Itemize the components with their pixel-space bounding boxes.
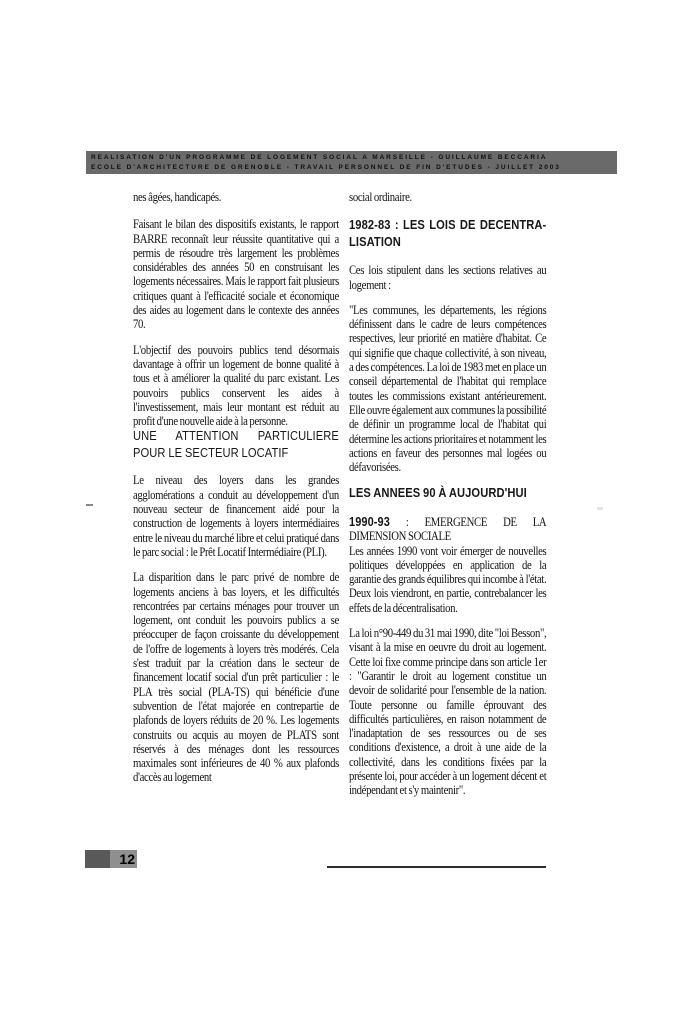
header-band: REALISATION D'UN PROGRAMME DE LOGEMENT S… [86,151,617,174]
paragraph: Les années 1990 vont voir émerger de nou… [349,544,546,615]
section-heading: LES ANNEES 90 À AUJOURD'HUI [349,485,546,502]
sub-heading: 1990-93 : EMERGENCE DE LA DIMENSION SOCI… [349,515,546,544]
paragraph: La loi n°90-449 du 31 mai 1990, dite "lo… [349,626,546,798]
section-heading: UNE ATTENTION PARTICULIERE POUR LE SECTE… [133,428,339,461]
sub-heading-years: 1990-93 [349,514,390,529]
paragraph: "Les communes, les départements, les rég… [349,303,546,475]
page-number-badge: 12 [85,850,137,868]
section-heading: 1982-83 : LES LOIS DE DECENTRA-LISATION [349,217,546,250]
header-subtitle-line: ECOLE D'ARCHITECTURE DE GRENOBLE - TRAVA… [91,163,612,173]
left-column: nes âgées, handicapés. Faisant le bilan … [133,190,339,785]
paragraph: Ces lois stipulent dans les sections rel… [349,263,546,292]
paragraph: La disparition dans le parc privé de nom… [133,570,339,784]
right-column: social ordinaire. 1982-83 : LES LOIS DE … [349,190,546,798]
page-number: 12 [119,851,135,867]
header-title-line: REALISATION D'UN PROGRAMME DE LOGEMENT S… [91,153,612,163]
paragraph: Le niveau des loyers dans les grandes ag… [133,473,339,559]
paragraph-fragment: nes âgées, handicapés. [133,190,339,204]
scan-artifact-dash [86,504,93,506]
paragraph: Faisant le bilan des dispositifs existan… [133,217,339,331]
footer-rule [327,866,546,868]
paragraph-fragment: social ordinaire. [349,190,546,204]
document-page: REALISATION D'UN PROGRAMME DE LOGEMENT S… [0,0,700,1028]
scan-artifact-dot [597,507,603,510]
paragraph: L'objectif des pouvoirs publics tend dés… [133,343,339,429]
